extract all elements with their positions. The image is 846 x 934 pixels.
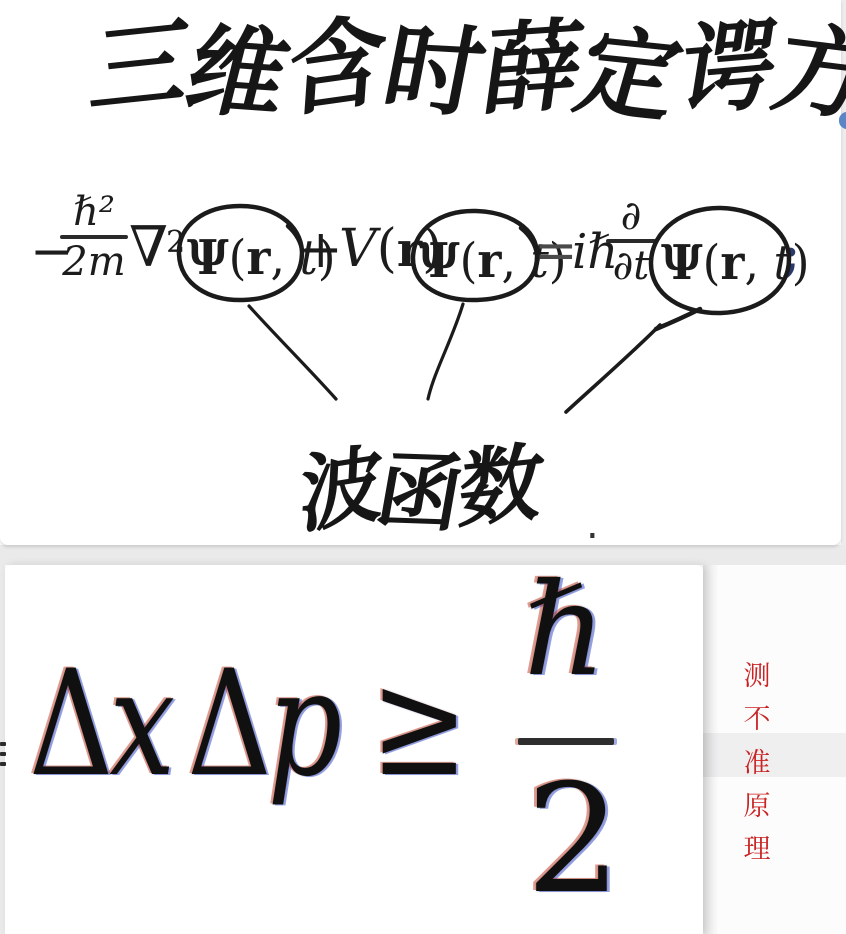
uncertainty-principle-label: 测 不 准 原 理	[742, 655, 772, 871]
wavefunction-label: 波 函 数	[298, 416, 542, 545]
semicolon: ;	[782, 231, 800, 279]
hbar-over-two-fraction: ℏ 2	[510, 565, 622, 925]
notes-page: 三 维 含 时 薛 定 谔 方 程 − ℏ² 2m ∇2 Ψ(r, t) + V…	[0, 0, 846, 934]
clipped-glyph-fragment	[0, 742, 6, 778]
greater-equal-sign: ≥	[370, 639, 464, 809]
delta-symbol: Δ	[187, 639, 267, 809]
open-paren: (	[460, 233, 478, 289]
position-vector: r	[720, 235, 744, 291]
side-label-char: 测	[742, 655, 772, 698]
open-paren: (	[703, 235, 721, 291]
comma: ,	[270, 230, 299, 286]
partial-t: ∂t	[613, 243, 650, 289]
nabla-exponent: 2	[166, 225, 185, 260]
side-label-char: 不	[742, 698, 772, 741]
hbar-symbol: ℏ	[524, 567, 606, 695]
psi-symbol: Ψ	[418, 233, 460, 289]
partial-time-derivative: ∂ ∂t	[606, 196, 656, 286]
hbar-squared: ℏ²	[73, 189, 115, 235]
two-m: 2m	[62, 239, 125, 285]
psi-symbol: Ψ	[187, 230, 229, 286]
side-label-char: 原	[742, 785, 772, 828]
psi-symbol: Ψ	[661, 235, 703, 291]
position-vector: r	[246, 230, 270, 286]
highlight-band	[703, 733, 846, 777]
open-paren: (	[377, 219, 397, 279]
plus-sign: +	[299, 224, 343, 276]
partial-symbol: ∂	[621, 193, 642, 239]
handwritten-period: .	[586, 502, 599, 548]
wavefn-char: 数	[454, 414, 547, 545]
potential-V: V	[339, 219, 377, 279]
open-paren: (	[229, 230, 247, 286]
schrodinger-note-card: 三 维 含 时 薛 定 谔 方 程 − ℏ² 2m ∇2 Ψ(r, t) + V…	[0, 0, 841, 545]
delta-x-delta-p-expression: ΔxΔp≥	[29, 651, 464, 797]
side-label-char: 理	[742, 828, 772, 871]
nabla-symbol: ∇	[129, 215, 168, 280]
position-vector: r	[477, 233, 501, 289]
comma: ,	[501, 233, 530, 289]
p-variable: p	[268, 639, 339, 809]
uncertainty-formula-image: ΔxΔp≥ ℏ 2	[5, 565, 703, 934]
x-variable: x	[109, 639, 171, 809]
hbar-over-2m-fraction: ℏ² 2m	[60, 192, 128, 282]
image-edge-shadow	[703, 565, 719, 934]
side-panel: 测 不 准 原 理	[703, 565, 846, 934]
delta-symbol: Δ	[29, 639, 109, 809]
schrodinger-equation: − ℏ² 2m ∇2 Ψ(r, t) + V(r) Ψ(r, t) = iℏ ∂…	[0, 0, 841, 400]
denominator-two: 2	[526, 765, 621, 915]
comma: ,	[744, 235, 773, 291]
laplacian: ∇2	[129, 220, 185, 276]
section-divider	[0, 545, 846, 565]
side-label-char: 准	[742, 742, 772, 785]
fraction-bar	[518, 738, 614, 745]
